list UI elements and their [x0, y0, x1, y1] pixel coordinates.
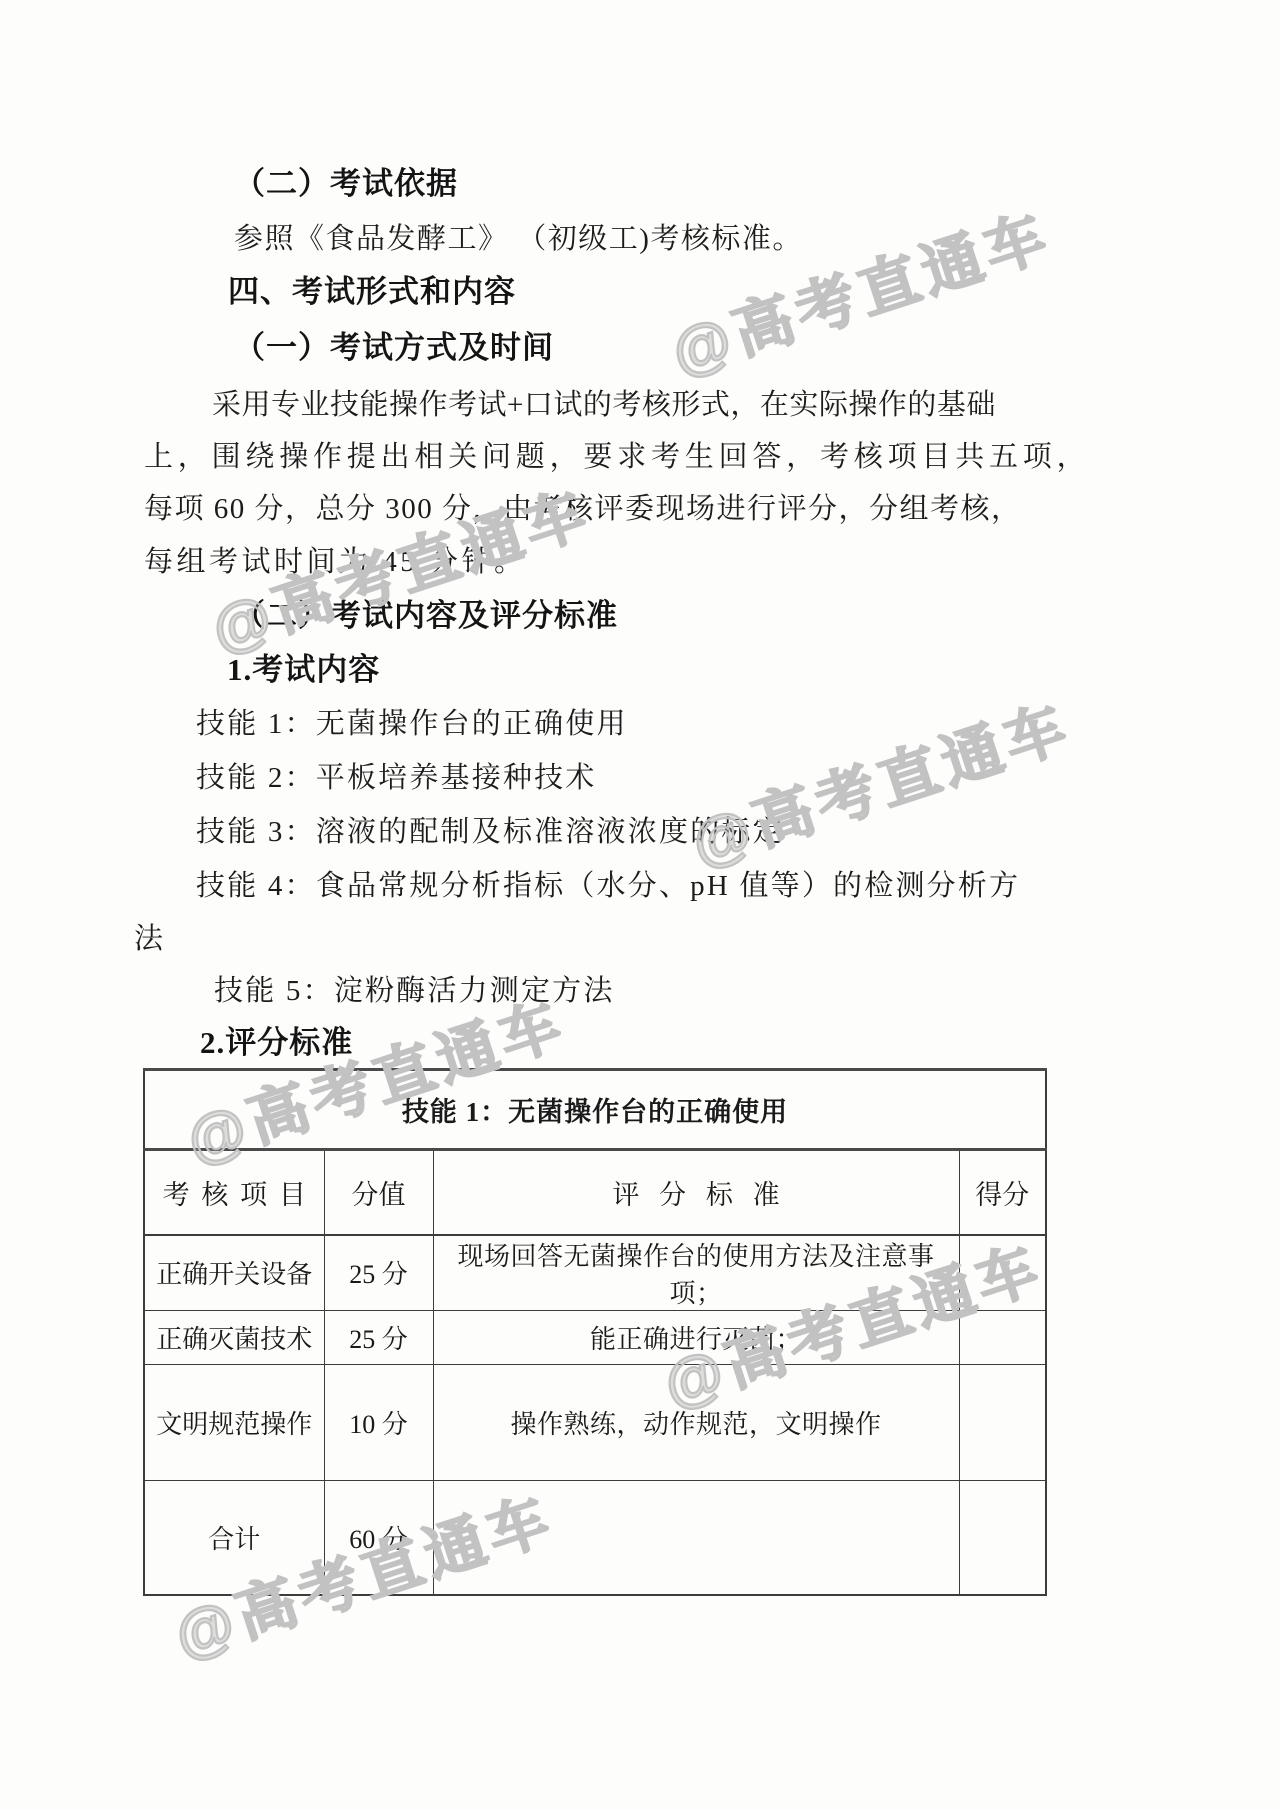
skill-line-1: 技能 1：无菌操作台的正确使用: [196, 706, 628, 742]
cell-criteria: [433, 1480, 959, 1595]
table-row-switch-equipment: 正确开关设备 25 分 现场回答无菌操作台的使用方法及注意事项；: [144, 1235, 1046, 1311]
cell-criteria: 现场回答无菌操作台的使用方法及注意事项；: [433, 1235, 959, 1311]
cell-result: [959, 1310, 1046, 1364]
skill-line-4-continuation: 法: [134, 921, 165, 957]
cell-score: 25 分: [324, 1310, 433, 1364]
paragraph-line-4: 每组考试时间为 45 分钟。: [144, 544, 527, 580]
document-page: @高考直通车 @高考直通车 @高考直通车 @高考直通车 @高考直通车 @高考直通…: [0, 0, 1280, 1810]
table-row-total: 合计 60 分: [144, 1480, 1046, 1595]
paragraph-line-2: 上，围绕操作提出相关问题，要求考生回答，考核项目共五项，: [144, 439, 1090, 475]
cell-score: 60 分: [324, 1480, 433, 1595]
table-row-sterilization: 正确灭菌技术 25 分 能正确进行灭菌；: [144, 1310, 1046, 1364]
col-header-result: 得分: [959, 1150, 1046, 1235]
cell-criteria: 能正确进行灭菌；: [433, 1310, 959, 1364]
skill-line-5: 技能 5：淀粉酶活力测定方法: [214, 973, 615, 1009]
cell-item: 合计: [144, 1480, 324, 1595]
skill-line-2: 技能 2：平板培养基接种技术: [196, 760, 597, 796]
table-row-civilized-operation: 文明规范操作 10 分 操作熟练，动作规范，文明操作: [144, 1364, 1046, 1480]
cell-item: 正确开关设备: [144, 1235, 324, 1311]
watermark-right-middle: @高考直通车: [679, 679, 1081, 883]
cell-score: 10 分: [324, 1364, 433, 1480]
heading-scoring-standard: 2.评分标准: [200, 1025, 353, 1061]
heading-exam-content: 1.考试内容: [227, 652, 380, 688]
watermark-top-right: @高考直通车: [659, 188, 1061, 392]
col-header-item: 考 核 项 目: [144, 1150, 324, 1235]
heading-section-4: 四、考试形式和内容: [228, 274, 516, 310]
cell-item: 文明规范操作: [144, 1364, 324, 1480]
scoring-table: 技能 1：无菌操作台的正确使用 考 核 项 目 分值 评 分 标 准 得分 正确…: [143, 1068, 1047, 1596]
heading-exam-method-time: （一）考试方式及时间: [234, 330, 554, 366]
skill-line-4: 技能 4：食品常规分析指标（水分、pH 值等）的检测分析方: [196, 868, 1020, 904]
paragraph-line-1: 采用专业技能操作考试+口试的考核形式，在实际操作的基础: [212, 387, 996, 423]
cell-result: [959, 1235, 1046, 1311]
col-header-criteria: 评 分 标 准: [433, 1150, 959, 1235]
cell-result: [959, 1364, 1046, 1480]
cell-score: 25 分: [324, 1235, 433, 1311]
paragraph-line-3: 每项 60 分，总分 300 分，由考核评委现场进行评分，分组考核，: [144, 491, 1022, 527]
cell-item: 正确灭菌技术: [144, 1310, 324, 1364]
col-header-score: 分值: [324, 1150, 433, 1235]
exam-basis-text: 参照《食品发酵工》 （初级工)考核标准。: [234, 221, 803, 257]
cell-criteria: 操作熟练，动作规范，文明操作: [433, 1364, 959, 1480]
heading-exam-content-scoring: （二）考试内容及评分标准: [234, 598, 618, 634]
cell-result: [959, 1480, 1046, 1595]
skill-line-3: 技能 3：溶液的配制及标准溶液浓度的标定: [196, 814, 784, 850]
table-banner: 技能 1：无菌操作台的正确使用: [144, 1070, 1046, 1150]
heading-exam-basis: （二）考试依据: [234, 166, 458, 202]
